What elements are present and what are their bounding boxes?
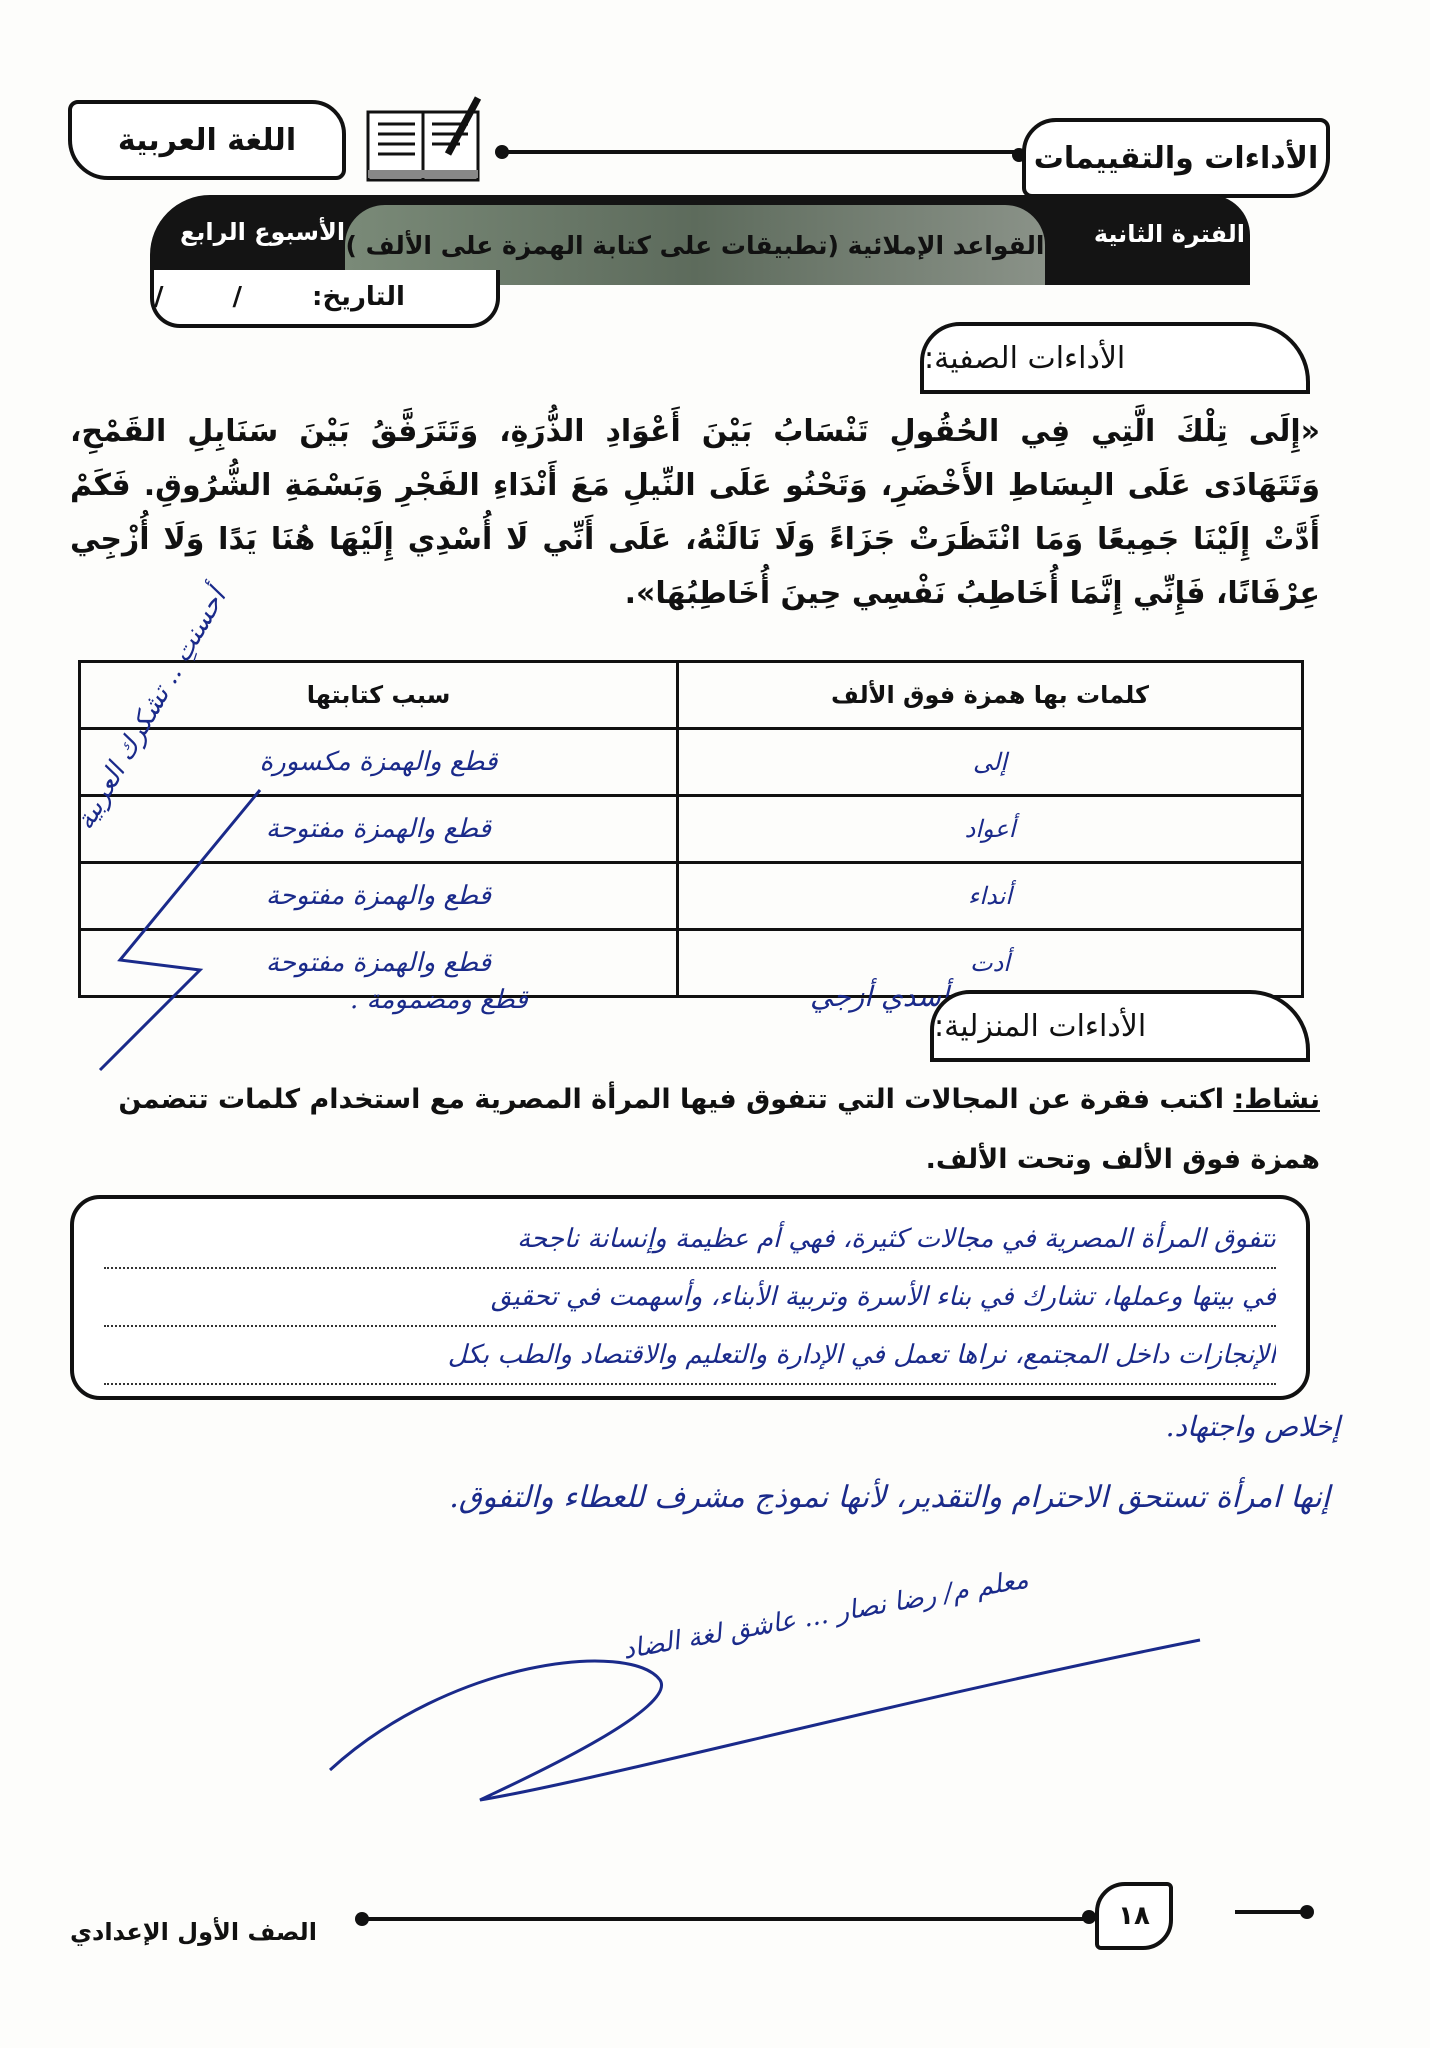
date-value[interactable]: / / <box>154 282 272 312</box>
subject-pill: اللغة العربية <box>68 100 346 180</box>
divider-dot <box>1300 1905 1314 1919</box>
answer-continuation: إنها امرأة تستحق الاحترام والتقدير، لأنه… <box>449 1480 1330 1515</box>
word-cell[interactable]: أنداء <box>678 863 1303 930</box>
footer-divider <box>360 1917 1090 1921</box>
section-title: الأداءات والتقييمات <box>1034 141 1319 176</box>
word-cell[interactable]: أدت <box>678 930 1303 997</box>
activity-label: نشاط: <box>1233 1084 1320 1115</box>
term-label: الفترة الثانية <box>1094 220 1245 248</box>
lesson-title: القواعد الإملائية (تطبيقات على كتابة اله… <box>346 231 1045 260</box>
footer-divider-right <box>1235 1910 1310 1914</box>
reading-passage: «إِلَى تِلْكَ الَّتِي فِي الحُقُولِ تَنْ… <box>70 405 1320 621</box>
page-number-value: ١٨ <box>1118 1901 1150 1931</box>
subject-title: اللغة العربية <box>118 123 296 158</box>
divider-dot <box>1082 1910 1096 1924</box>
answer-box[interactable]: تتفوق المرأة المصرية في مجالات كثيرة، فه… <box>70 1195 1310 1400</box>
activity-text: اكتب فقرة عن المجالات التي تتفوق فيها ال… <box>118 1084 1320 1175</box>
header-divider <box>500 150 1020 154</box>
signature-flourish <box>300 1620 1250 1820</box>
classwork-tab: الأداءات الصفية: <box>920 322 1310 394</box>
answer-line[interactable]: في بيتها وعملها، تشارك في بناء الأسرة وت… <box>104 1269 1276 1327</box>
teacher-check-mark <box>80 780 280 1080</box>
classwork-title: الأداءات الصفية: <box>924 341 1125 376</box>
word-cell[interactable]: أعواد <box>678 796 1303 863</box>
activity-prompt: نشاط: اكتب فقرة عن المجالات التي تتفوق ف… <box>70 1070 1320 1190</box>
homework-title: الأداءات المنزلية: <box>934 1009 1146 1044</box>
section-title-pill: الأداءات والتقييمات <box>1022 118 1330 198</box>
column-header-words: كلمات بها همزة فوق الألف <box>678 662 1303 729</box>
extra-reason-handwritten: قطع ومضمومة . <box>350 985 528 1015</box>
week-label: الأسبوع الرابع <box>180 218 345 246</box>
answer-line[interactable]: تتفوق المرأة المصرية في مجالات كثيرة، فه… <box>104 1211 1276 1269</box>
answer-continuation: إخلاص واجتهاد. <box>1166 1410 1340 1443</box>
open-book-with-pen-icon <box>360 90 490 190</box>
divider-dot <box>355 1912 369 1926</box>
page-number: ١٨ <box>1095 1882 1173 1950</box>
divider-dot <box>1012 148 1026 162</box>
table-header-row: كلمات بها همزة فوق الألف سبب كتابتها <box>80 662 1303 729</box>
divider-dot <box>495 145 509 159</box>
extra-words-handwritten: أسدي أزجي <box>810 980 949 1013</box>
date-box: التاريخ: / / <box>150 270 500 328</box>
homework-tab: الأداءات المنزلية: <box>930 990 1310 1062</box>
date-label: التاريخ: <box>312 282 405 312</box>
grade-label: الصف الأول الإعدادي <box>70 1918 317 1946</box>
word-cell[interactable]: إلى <box>678 729 1303 796</box>
answer-line[interactable]: الإنجازات داخل المجتمع، نراها تعمل في ال… <box>104 1327 1276 1385</box>
